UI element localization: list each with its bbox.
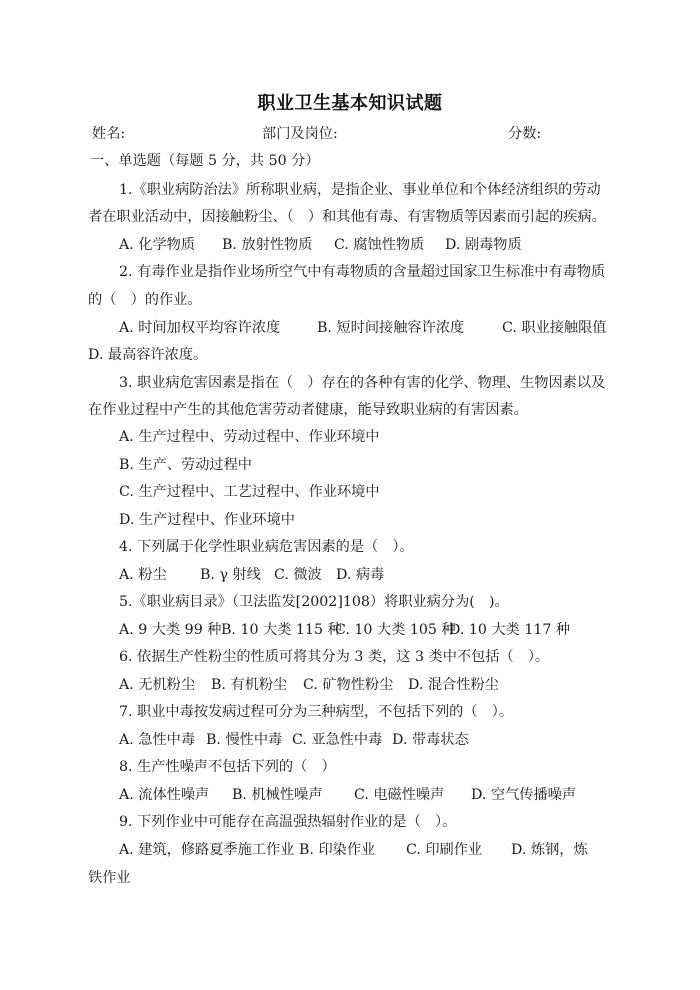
question-1-options: A. 化学物质B. 放射性物质C. 腐蚀性物质D. 剧毒物质 [119,235,522,255]
option-d: D. 剧毒物质 [445,235,522,255]
option-a: A. 建筑，修路夏季施工作业 [119,840,299,860]
option-a: A. 时间加权平均容许浓度 [119,318,317,338]
option-c: C. 微波 [274,565,336,585]
question-2-stem: 2. 有毒作业是指作业场所空气中有毒物质的含量超过国家卫生标准中有毒物质 [119,262,605,282]
option-d: D. 空气传播噪声 [471,785,576,805]
option-b: B. 10 大类 115 种 [221,620,335,640]
option-c: C. 职业接触限值 [502,318,607,338]
section-heading: 一、单选题（每题 5 分，共 50 分） [90,151,320,171]
option-c: C. 电磁性噪声 [354,785,471,805]
question-3-stem: 3. 职业病危害因素是指在（ ）存在的各种有害的化学、物理、生物因素以及 [119,373,605,393]
document-page: 职业卫生基本知识试题 姓名: 部门及岗位: 分数: 一、单选题（每题 5 分，共… [0,0,700,990]
question-8-options: A. 流体性噪声B. 机械性噪声C. 电磁性噪声D. 空气传播噪声 [119,785,576,805]
question-5-stem: 5.《职业病目录》（卫法监发[2002]108）将职业病分为( )。 [119,592,509,612]
question-3-stem-cont: 在作业过程中产生的其他危害劳动者健康，能导致职业病的有害因素。 [88,400,528,420]
option-a: A. 急性中毒 [119,730,206,750]
question-1-stem: 1.《职业病防治法》所称职业病，是指企业、事业单位和个体经济组织的劳动 [119,180,601,200]
score-label: 分数: [508,124,541,144]
option-c: C. 亚急性中毒 [292,730,392,750]
question-4-stem: 4. 下列属于化学性职业病危害因素的是（ ）。 [119,537,414,557]
question-7-stem: 7. 职业中毒按发病过程可分为三种病型，不包括下列的（ ）。 [119,702,513,722]
option-a: A. 化学物质 [119,235,222,255]
option-d: D. 病毒 [336,565,384,585]
question-3-option-a: A. 生产过程中、劳动过程中、作业环境中 [119,427,379,447]
option-c: C. 10 大类 105 种 [335,620,449,640]
option-b: B. 放射性物质 [222,235,334,255]
question-8-stem: 8. 生产性噪声不包括下列的（ ） [119,757,336,777]
question-9-options: A. 建筑，修路夏季施工作业B. 印染作业C. 印刷作业D. 炼钢，炼 [119,840,588,860]
question-9-option-d-cont: 铁作业 [88,868,131,888]
option-d: D. 带毒状态 [392,730,469,750]
name-label: 姓名: [92,124,125,144]
option-c: C. 印刷作业 [406,840,511,860]
question-3-option-d: D. 生产过程中、作业环境中 [119,510,295,530]
option-d: D. 混合性粉尘 [408,675,499,695]
page-title: 职业卫生基本知识试题 [0,89,700,115]
option-a: A. 9 大类 99 种 [119,620,221,640]
option-b: B. 慢性中毒 [206,730,292,750]
question-2-options: A. 时间加权平均容许浓度B. 短时间接触容许浓度C. 职业接触限值 [119,318,607,338]
question-4-options: A. 粉尘B. γ 射线C. 微波D. 病毒 [119,565,384,585]
option-b: B. γ 射线 [200,565,274,585]
question-1-stem-cont: 者在职业活动中，因接触粉尘、（ ）和其他有毒、有害物质等因素而引起的疾病。 [88,207,606,227]
question-9-stem: 9. 下列作业中可能存在高温强热辐射作业的是（ ）。 [119,812,456,832]
question-6-options: A. 无机粉尘B. 有机粉尘C. 矿物性粉尘D. 混合性粉尘 [119,675,499,695]
question-2-stem-cont: 的（ ）的作业。 [88,290,202,310]
question-3-option-c: C. 生产过程中、工艺过程中、作业环境中 [119,482,380,502]
dept-label: 部门及岗位: [262,124,338,144]
option-b: B. 印染作业 [299,840,406,860]
option-c: C. 腐蚀性物质 [334,235,445,255]
question-6-stem: 6. 依据生产性粉尘的性质可将其分为 3 类，这 3 类中不包括（ ）。 [119,647,549,667]
option-b: B. 机械性噪声 [232,785,354,805]
option-b: B. 短时间接触容许浓度 [317,318,502,338]
question-5-options: A. 9 大类 99 种B. 10 大类 115 种C. 10 大类 105 种… [119,620,570,640]
question-3-option-b: B. 生产、劳动过程中 [119,455,252,475]
option-a: A. 无机粉尘 [119,675,211,695]
option-d: D. 炼钢，炼 [511,840,588,860]
option-c: C. 矿物性粉尘 [303,675,408,695]
question-7-options: A. 急性中毒B. 慢性中毒C. 亚急性中毒D. 带毒状态 [119,730,469,750]
option-a: A. 粉尘 [119,565,200,585]
option-b: B. 有机粉尘 [211,675,303,695]
option-d: D. 10 大类 117 种 [449,620,570,640]
option-a: A. 流体性噪声 [119,785,232,805]
question-2-option-d: D. 最高容许浓度。 [88,345,207,365]
